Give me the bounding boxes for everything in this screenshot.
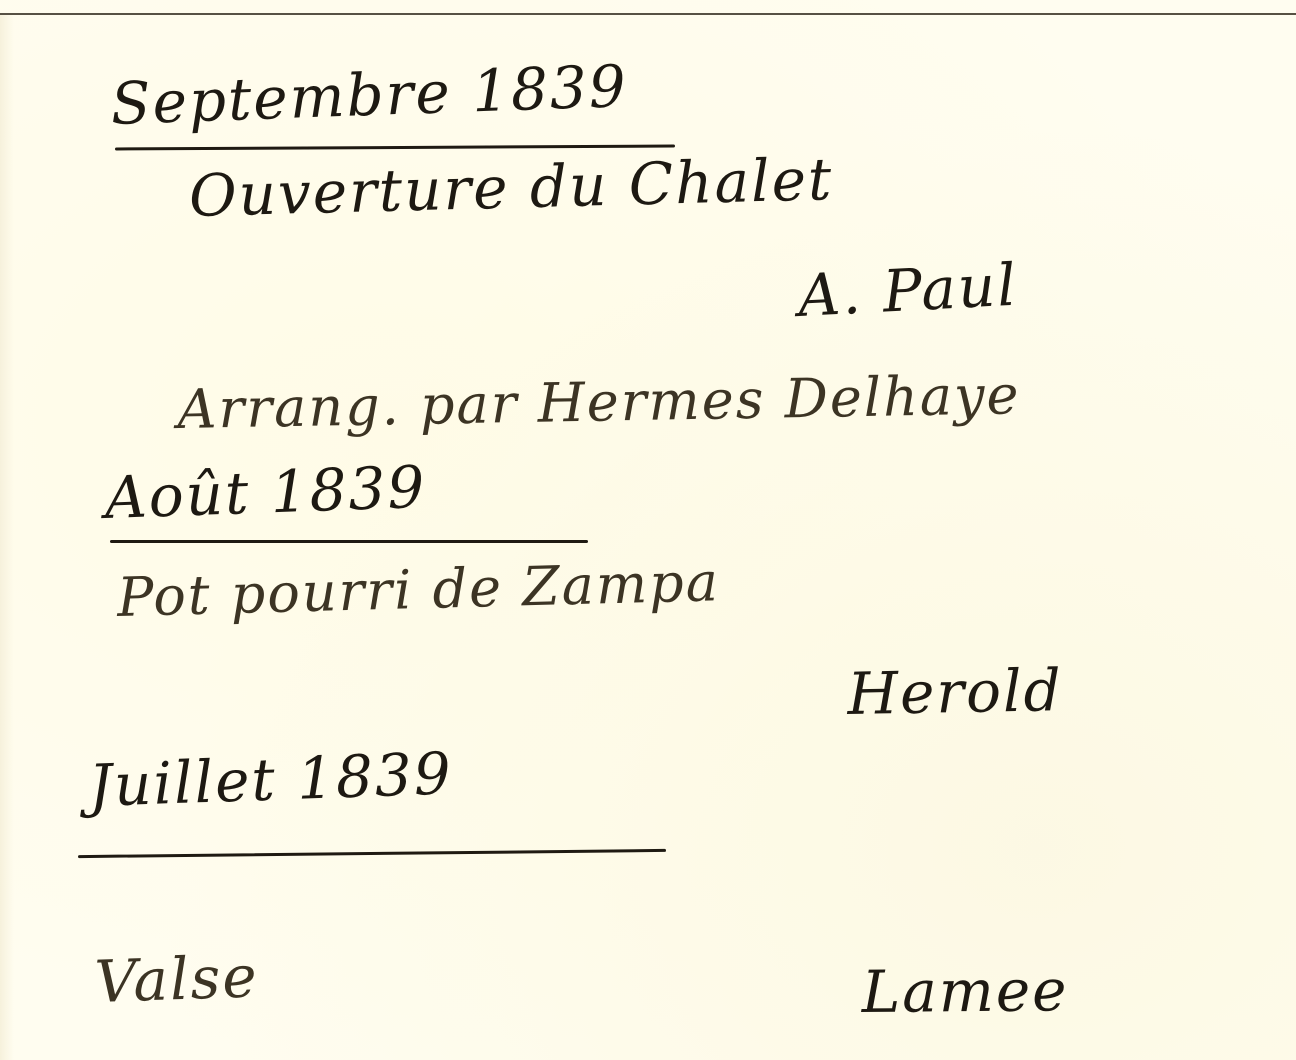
entry-3-date: Juillet 1839 (88, 739, 454, 820)
entry-2-underline (110, 540, 588, 543)
entry-1-date: Septembre 1839 (110, 52, 629, 138)
entry-2-date: Août 1839 (104, 453, 428, 532)
manuscript-page: Septembre 1839 Ouverture du Chalet A. Pa… (0, 0, 1296, 1060)
paper-top-edge (0, 13, 1296, 15)
entry-1-title: Ouverture du Chalet (188, 145, 834, 230)
entry-2-title: Pot pourri de Zampa (116, 550, 720, 629)
entry-3-underline (78, 849, 666, 858)
entry-1-composer: A. Paul (796, 251, 1019, 330)
entry-3-title: Valse (94, 942, 260, 1016)
entry-2-composer: Herold (847, 656, 1063, 728)
paper-left-edge (0, 15, 14, 1060)
entry-3-composer: Lamee (861, 956, 1068, 1026)
entry-1-arranger-note: Arrang. par Hermes Delhaye (177, 363, 1021, 441)
entry-1-underline (115, 145, 675, 151)
